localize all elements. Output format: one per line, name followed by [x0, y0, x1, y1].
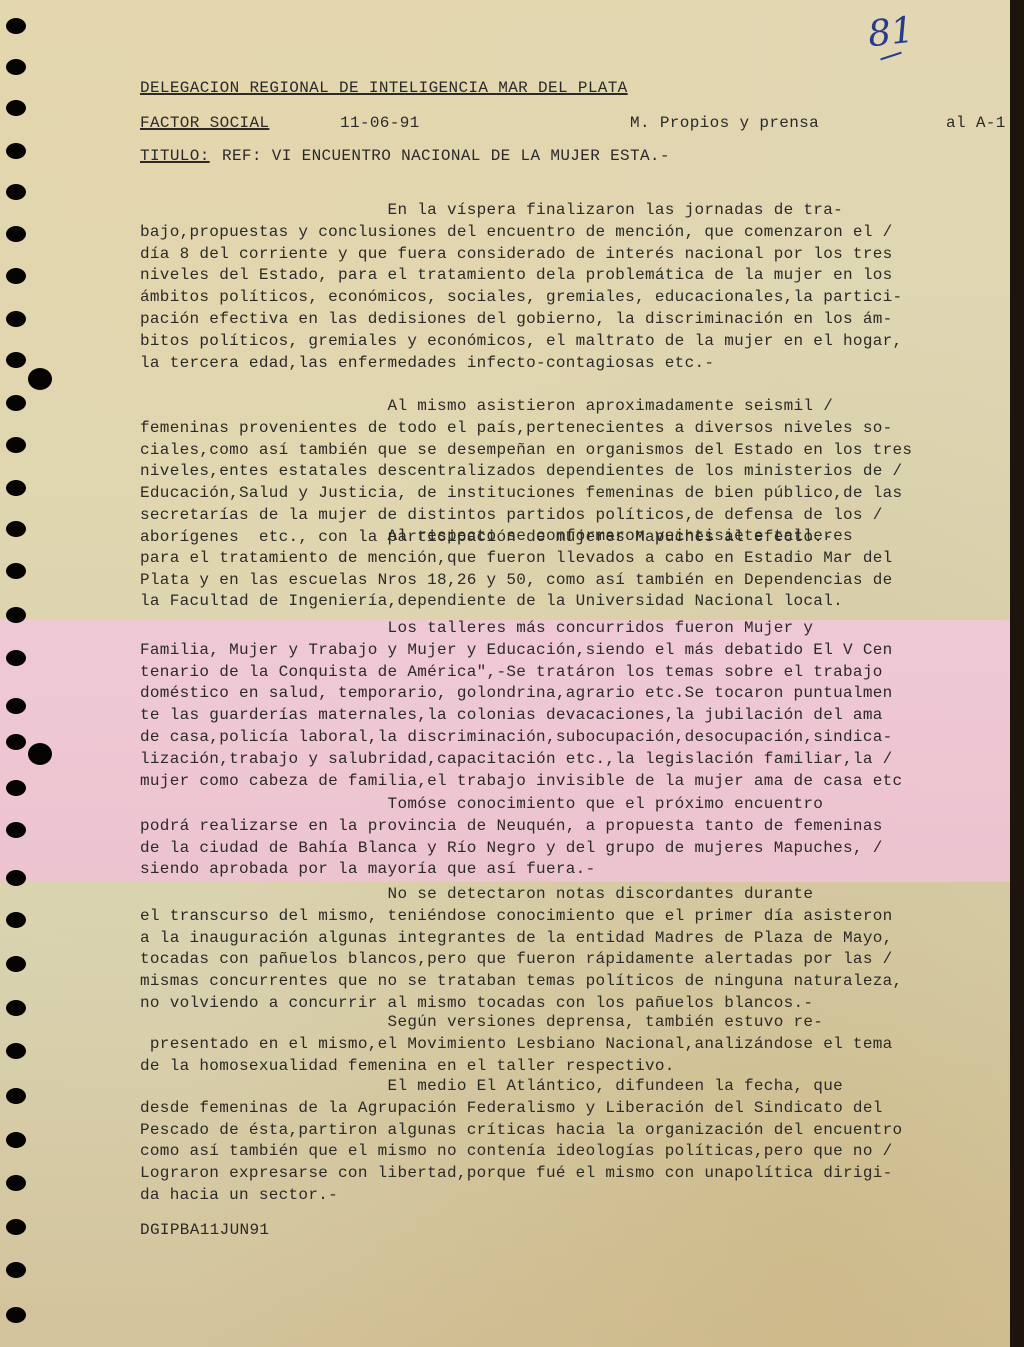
text-line: niveles del Estado, para el tratamiento …: [140, 266, 893, 284]
binder-hole: [6, 912, 26, 928]
title-text: REF: VI ENCUENTRO NACIONAL DE LA MUJER E…: [222, 146, 670, 166]
text-line: Según versiones deprensa, también estuvo…: [140, 1013, 823, 1031]
binder-hole: [6, 437, 26, 453]
text-line: la Facultad de Ingeniería,dependiente de…: [140, 592, 843, 610]
text-line: ámbitos políticos, económicos, sociales,…: [140, 288, 902, 306]
text-line: tocadas con pañuelos blancos,pero que fu…: [140, 950, 893, 968]
title-label: TITULO:: [140, 146, 210, 166]
binder-hole: [6, 59, 26, 75]
text-line: Lograron expresarse con libertad,porque …: [140, 1164, 893, 1182]
binder-hole: [6, 143, 26, 159]
text-line: bajo,propuestas y conclusiones del encue…: [140, 223, 893, 241]
binder-hole: [6, 563, 26, 579]
text-line: de la homosexualidad femenina en el tall…: [140, 1057, 675, 1075]
text-line: En la víspera finalizaron las jornadas d…: [140, 201, 843, 219]
factor-label: FACTOR SOCIAL: [140, 113, 269, 133]
text-line: Tomóse conocimiento que el próximo encue…: [140, 795, 823, 813]
text-line: Al respecto se conformaron veintisiete t…: [140, 527, 853, 545]
binder-hole: [6, 1175, 26, 1191]
text-line: femeninas provenientes de todo el país,p…: [140, 419, 893, 437]
binder-hole: [6, 734, 26, 750]
text-line: siendo aprobada por la mayoría que así f…: [140, 860, 595, 878]
text-line: pación efectiva en las dedisiones del go…: [140, 310, 893, 328]
text-line: mujer como cabeza de familia,el trabajo …: [140, 772, 902, 790]
text-line: tenario de la Conquista de América",-Se …: [140, 663, 883, 681]
binder-hole: [6, 1043, 26, 1059]
text-line: no volviendo a concurrir al mismo tocada…: [140, 994, 813, 1012]
binder-hole: [6, 311, 26, 327]
text-line: el transcurso del mismo, teniéndose cono…: [140, 907, 893, 925]
binder-hole: [6, 1000, 26, 1016]
text-line: para el tratamiento de mención,que fuero…: [140, 549, 893, 567]
text-line: a la inauguración algunas integrantes de…: [140, 929, 893, 947]
text-line: doméstico en salud, temporario, golondri…: [140, 684, 893, 702]
binder-hole: [6, 268, 26, 284]
text-line: podrá realizarse en la provincia de Neuq…: [140, 817, 883, 835]
text-line: lización,trabajo y salubridad,capacitaci…: [140, 750, 893, 768]
binder-hole: [6, 18, 26, 34]
text-line: día 8 del corriente y que fuera consider…: [140, 245, 893, 263]
page-edge-shadow: [1010, 0, 1024, 1347]
binder-holes: [4, 0, 44, 1347]
binder-hole: [6, 956, 26, 972]
text-line: te las guarderías maternales,la colonias…: [140, 706, 883, 724]
text-line: ciales,como así también que se desempeña…: [140, 441, 912, 459]
text-line: niveles,entes estatales descentralizados…: [140, 462, 902, 480]
text-line: Familia, Mujer y Trabajo y Mujer y Educa…: [140, 641, 893, 659]
text-line: Educación,Salud y Justicia, de instituci…: [140, 484, 902, 502]
handwritten-page-number: 81: [866, 10, 916, 56]
text-line: desde femeninas de la Agrupación Federal…: [140, 1099, 883, 1117]
classification-code: al A-1: [946, 113, 1006, 133]
text-line: de casa,policía laboral,la discriminació…: [140, 728, 893, 746]
text-line: bitos políticos, gremiales y económicos,…: [140, 332, 902, 350]
text-line: como así también que el mismo no contení…: [140, 1142, 893, 1160]
binder-hole: [6, 780, 26, 796]
text-line: secretarías de la mujer de distintos par…: [140, 506, 883, 524]
text-line: No se detectaron notas discordantes dura…: [140, 885, 813, 903]
binder-hole: [28, 743, 52, 765]
text-line: Pescado de ésta,partiron algunas crítica…: [140, 1121, 902, 1139]
binder-hole: [6, 395, 26, 411]
binder-hole: [6, 480, 26, 496]
binder-hole: [6, 1262, 26, 1278]
binder-hole: [6, 100, 26, 116]
text-line: mismas concurrentes que no se trataban t…: [140, 972, 902, 990]
binder-hole: [6, 822, 26, 838]
binder-hole: [6, 650, 26, 666]
binder-hole: [6, 1132, 26, 1148]
binder-hole: [6, 607, 26, 623]
binder-hole: [28, 368, 52, 390]
binder-hole: [6, 870, 26, 886]
text-line: El medio El Atlántico, difundeen la fech…: [140, 1077, 843, 1095]
binder-hole: [6, 1088, 26, 1104]
binder-hole: [6, 521, 26, 537]
text-line: Los talleres más concurridos fueron Muje…: [140, 619, 813, 637]
binder-hole: [6, 1219, 26, 1235]
text-line: da hacia un sector.-: [140, 1186, 338, 1204]
binder-hole: [6, 698, 26, 714]
report-source: M. Propios y prensa: [630, 113, 819, 133]
binder-hole: [6, 226, 26, 242]
text-line: la tercera edad,las enfermedades infecto…: [140, 354, 714, 372]
agency-header: DELEGACION REGIONAL DE INTELIGENCIA MAR …: [140, 78, 628, 98]
report-date: 11-06-91: [340, 113, 420, 133]
binder-hole: [6, 1307, 26, 1323]
text-line: presentado en el mismo,el Movimiento Les…: [140, 1035, 893, 1053]
binder-hole: [6, 184, 26, 200]
footer-code: DGIPBA11JUN91: [140, 1220, 269, 1240]
binder-hole: [6, 352, 26, 368]
text-line: Plata y en las escuelas Nros 18,26 y 50,…: [140, 571, 893, 589]
text-line: de la ciudad de Bahía Blanca y Río Negro…: [140, 839, 883, 857]
text-line: Al mismo asistieron aproximadamente seis…: [140, 397, 833, 415]
